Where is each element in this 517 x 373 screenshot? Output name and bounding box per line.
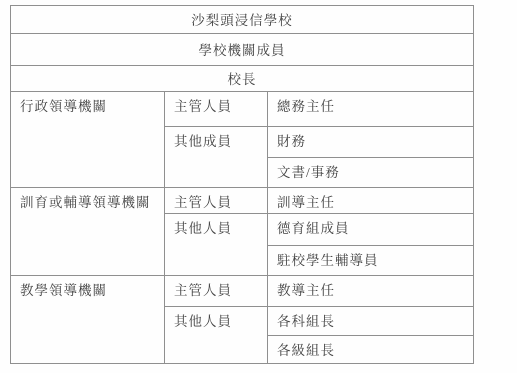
member-cell: 財務 <box>268 127 474 158</box>
table-row: 教學領導機關 主管人員 教導主任 <box>11 276 474 307</box>
role-cell: 主管人員 <box>165 92 268 127</box>
member-cell: 訓導主任 <box>268 188 474 214</box>
member-cell: 駐校學生輔導員 <box>268 246 474 276</box>
member-cell: 各級組長 <box>268 336 474 364</box>
organ-cell-teaching: 教學領導機關 <box>11 276 165 364</box>
table-row: 學校機關成員 <box>11 34 474 66</box>
member-cell: 總務主任 <box>268 92 474 127</box>
role-cell: 其他人員 <box>165 307 268 364</box>
table-row: 校長 <box>11 66 474 92</box>
role-cell: 其他人員 <box>165 214 268 276</box>
scanned-document-page: 沙梨頭浸信學校 學校機關成員 校長 行政領導機關 主管人員 總務主任 其他成員 … <box>0 0 517 373</box>
table-subtitle-cell: 學校機關成員 <box>11 34 474 66</box>
organ-cell-administrative: 行政領導機關 <box>11 92 165 188</box>
table-row: 沙梨頭浸信學校 <box>11 6 474 34</box>
member-cell: 德育組成員 <box>268 214 474 246</box>
school-name-cell: 沙梨頭浸信學校 <box>11 6 474 34</box>
school-organization-table: 沙梨頭浸信學校 學校機關成員 校長 行政領導機關 主管人員 總務主任 其他成員 … <box>10 5 474 364</box>
role-cell: 其他成員 <box>165 127 268 188</box>
table-row: 行政領導機關 主管人員 總務主任 <box>11 92 474 127</box>
member-cell: 文書/事務 <box>268 158 474 188</box>
member-cell: 各科組長 <box>268 307 474 336</box>
member-cell: 教導主任 <box>268 276 474 307</box>
principal-cell: 校長 <box>11 66 474 92</box>
role-cell: 主管人員 <box>165 188 268 214</box>
table-row: 訓育或輔導領導機關 主管人員 訓導主任 <box>11 188 474 214</box>
role-cell: 主管人員 <box>165 276 268 307</box>
organ-cell-discipline-counseling: 訓育或輔導領導機關 <box>11 188 165 276</box>
